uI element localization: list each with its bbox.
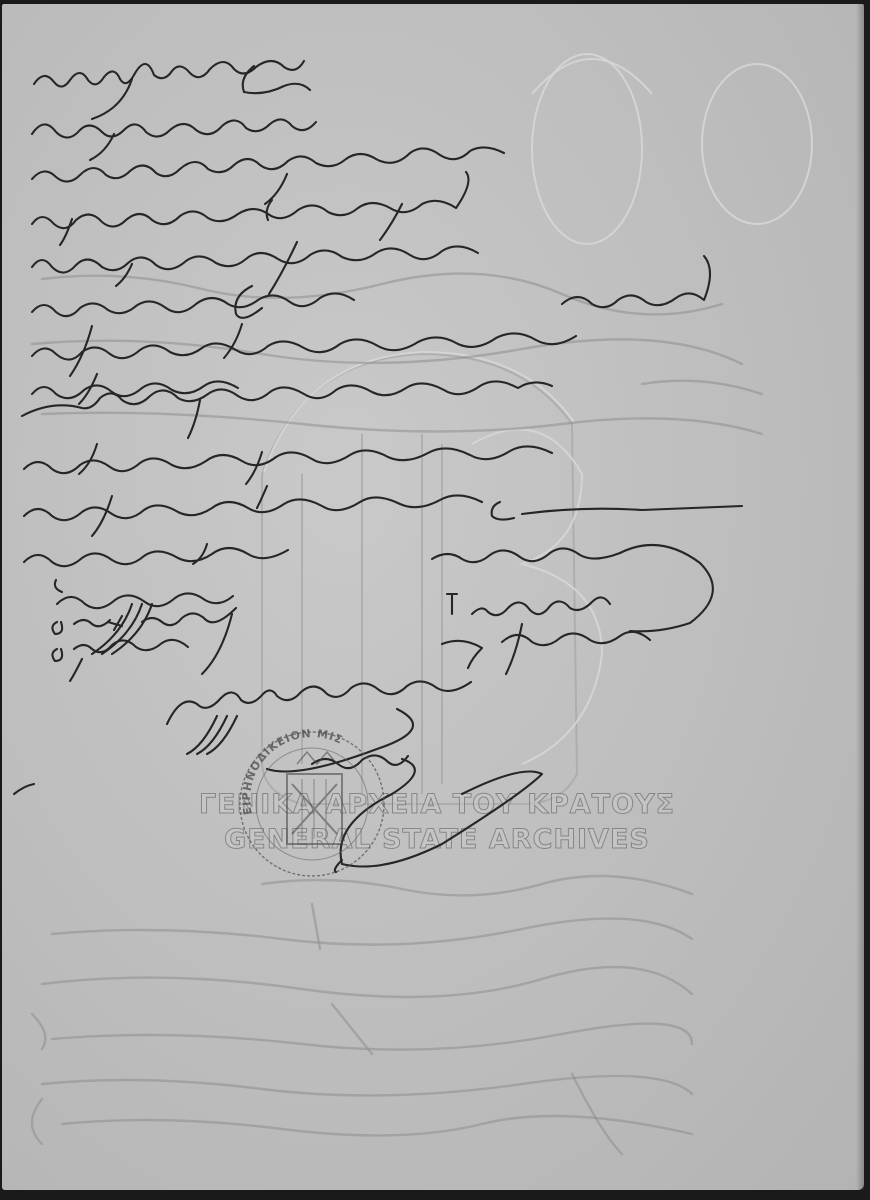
coat-of-arms-icon [287,752,342,844]
document-page: ΓΕΝΙΚΑ ΑΡΧΕΙΑ ΤΟΥ ΚΡΑΤΟΥΣ GENERAL STATE … [2,4,864,1190]
court-stamp-icon: ΕΙΡΗΝΟΔΙΚΕΙΟΝ ΜΙΣ [2,4,864,1190]
